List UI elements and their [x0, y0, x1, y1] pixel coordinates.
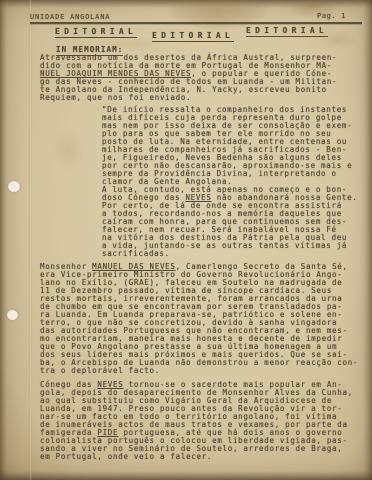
paragraph-intro: Atravessando um dos desertos da África A… — [40, 54, 366, 102]
header-rule — [30, 22, 362, 24]
paragraph-quote: "De início ressalta o companheiro dos in… — [102, 106, 366, 258]
paper-crease — [29, 0, 32, 480]
hole-punch-top — [8, 180, 20, 192]
publication-title: UNIDADE ANGOLANA — [30, 13, 110, 21]
paragraph-biography: Cónego das NEVES tornou-se o sacerdote m… — [40, 381, 366, 461]
paragraph-obituary: Monsenhor MANUEL DAS NEVES, Camerlengo S… — [40, 263, 366, 375]
paper-edge-left — [0, 0, 7, 480]
hole-punch-bottom — [7, 309, 18, 320]
editorial-heading-1: EDITORIAL — [55, 27, 137, 38]
article-body: Atravessando um dos desertos da África A… — [40, 54, 366, 461]
scanned-page: UNIDADE ANGOLANA Pag. 1 EDITORIAL EDITOR… — [0, 0, 372, 480]
paper-edge-bottom — [0, 471, 372, 480]
editorial-heading-3: EDITORIAL — [246, 26, 328, 37]
paper-edge-top — [0, 0, 372, 8]
editorial-heading-2: EDITORIAL — [152, 31, 234, 42]
page-number: Pag. 1 — [317, 12, 346, 20]
